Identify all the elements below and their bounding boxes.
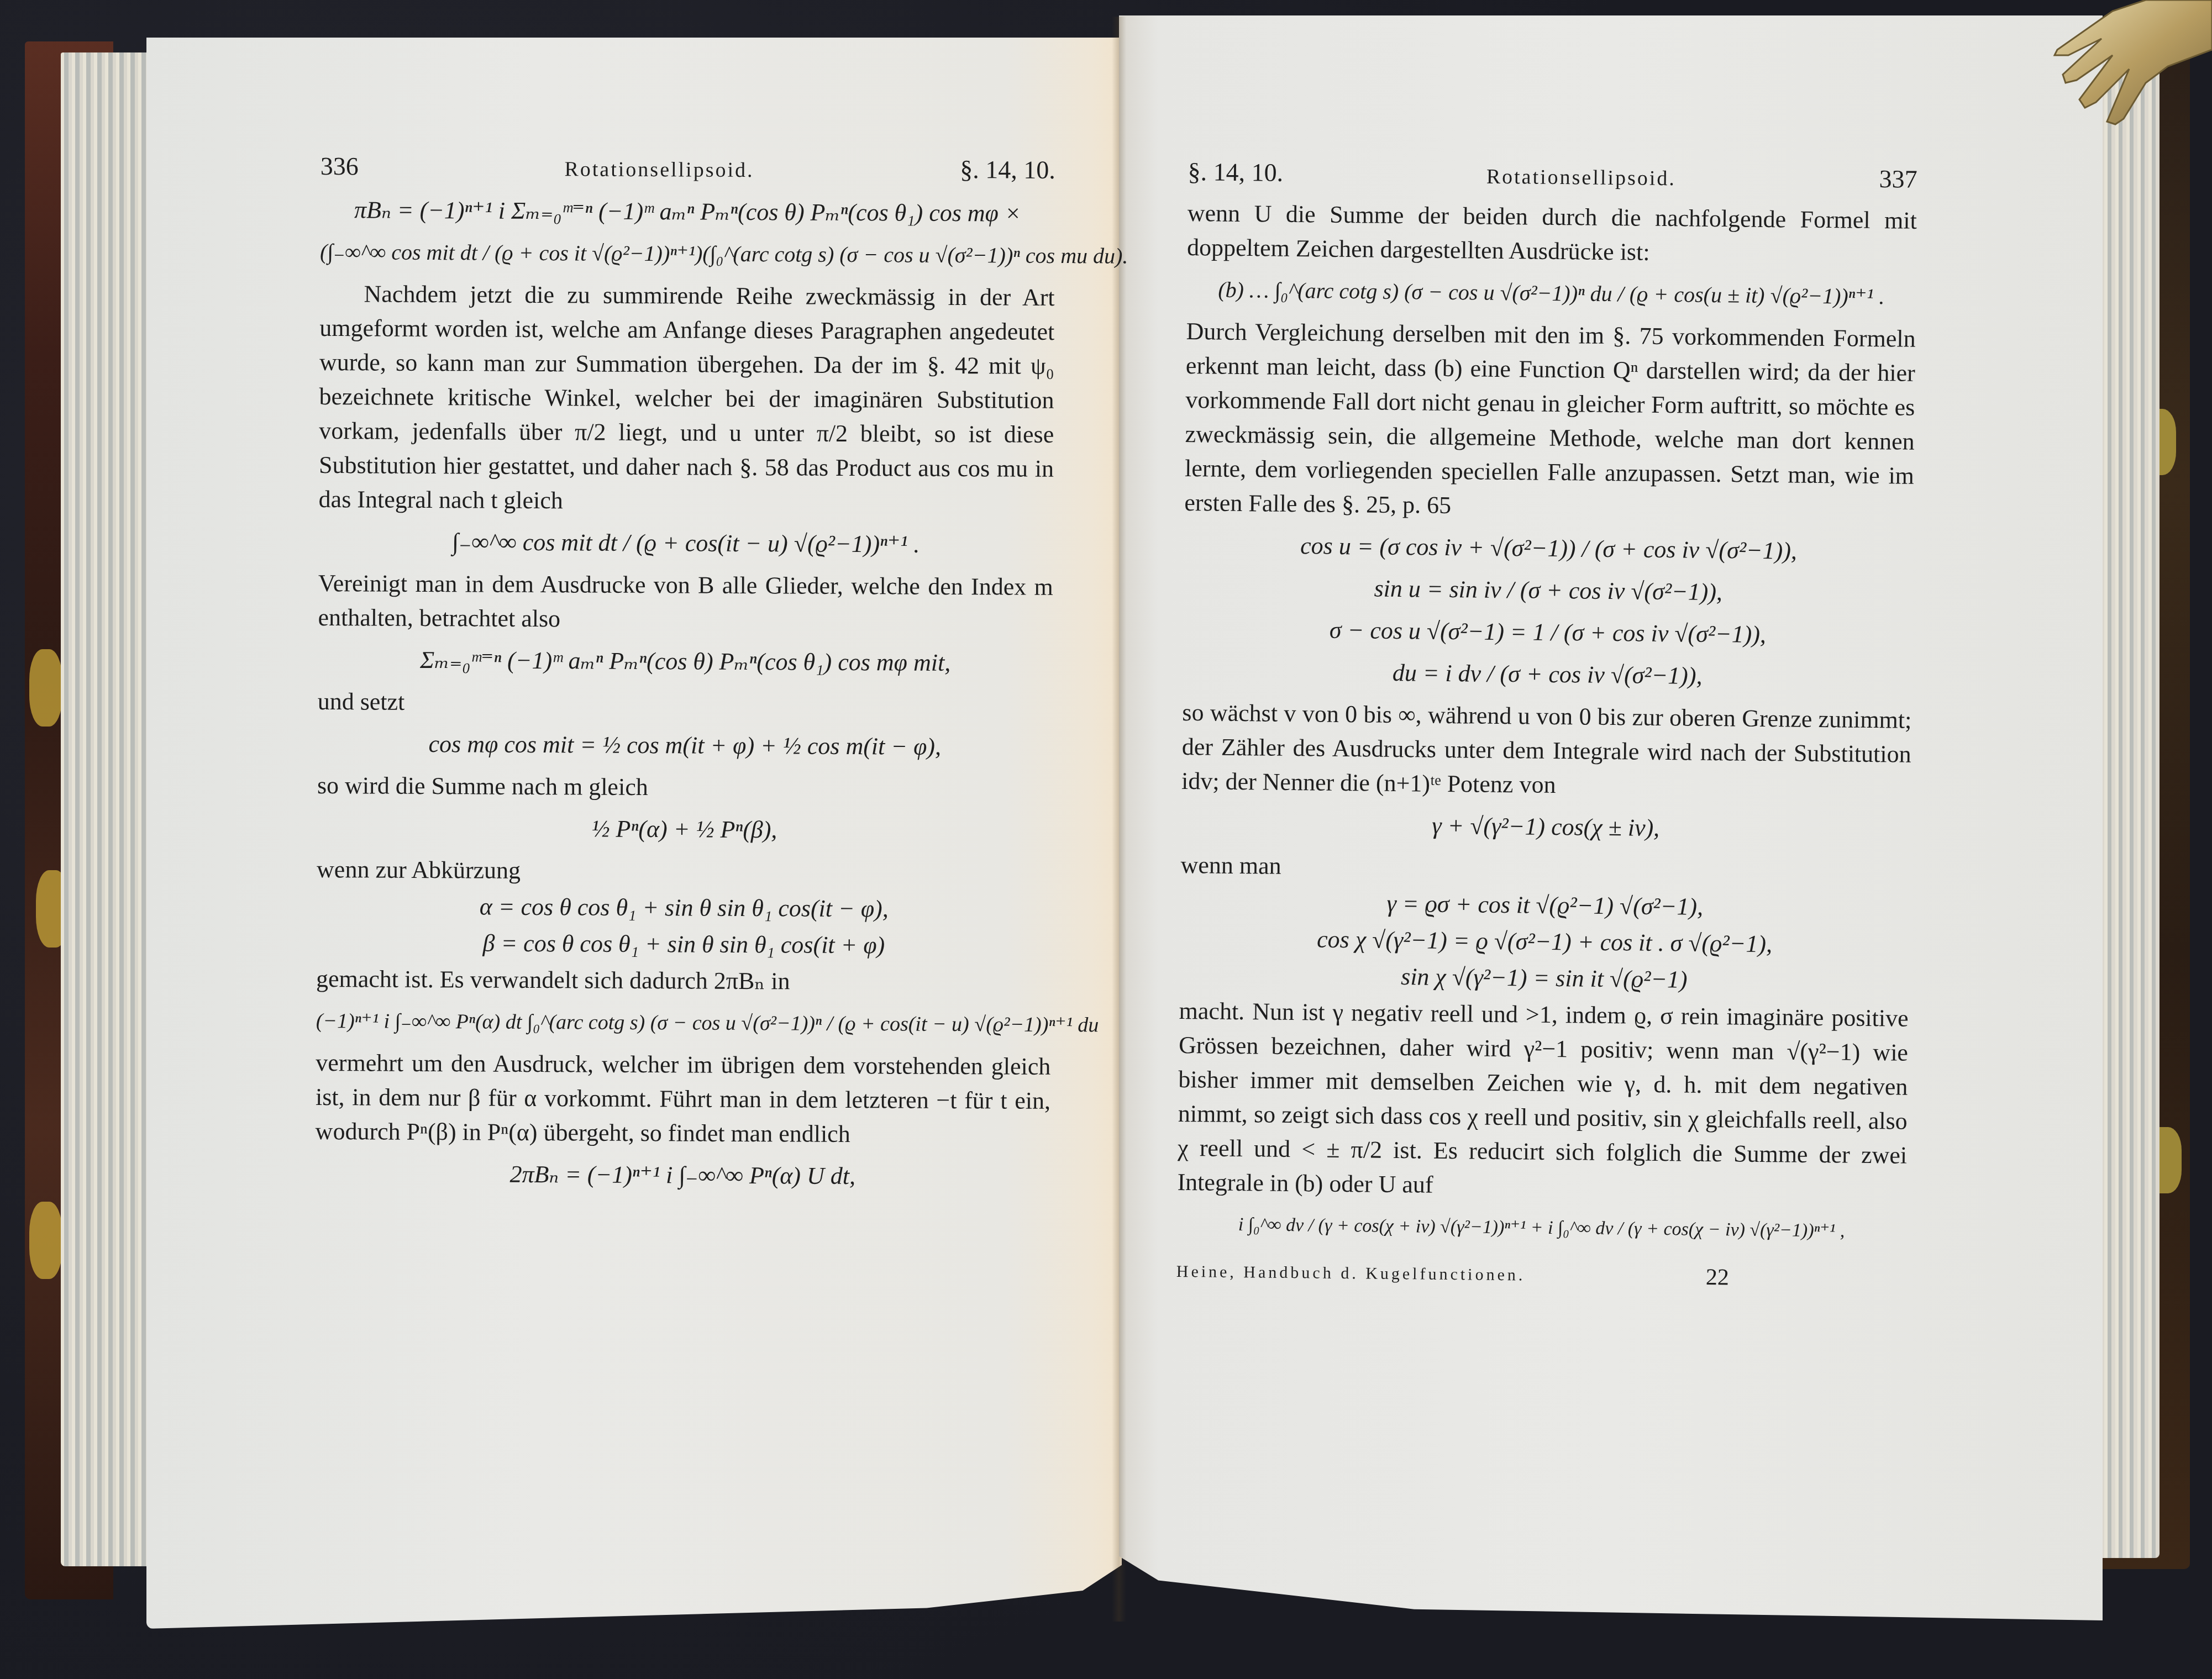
equation: sin u = sin iv / (σ + cos iv √(σ²−1)),: [1183, 570, 1913, 612]
left-page-text: 336 Rotationsellipsoid. §. 14, 10. πBₙ =…: [315, 149, 1055, 1202]
equation: cos u = (σ cos iv + √(σ²−1)) / (σ + cos …: [1184, 528, 1914, 570]
right-running-header: §. 14, 10. Rotationsellipsoid. 337: [1188, 155, 1917, 198]
running-title: Rotationsellipsoid.: [1486, 160, 1677, 196]
paragraph: und setzt: [318, 685, 1053, 723]
tortoiseshell-pattern: [29, 1202, 62, 1279]
paragraph: so wächst v von 0 bis ∞, während u von 0…: [1181, 696, 1912, 806]
paragraph: gemacht ist. Es verwandelt sich dadurch …: [316, 962, 1051, 1000]
page-number: 336: [320, 149, 359, 183]
equation: γ = ϱσ + cos it √(ϱ²−1) √(σ²−1),: [1180, 885, 1910, 927]
equation: cos χ √(γ²−1) = ϱ √(σ²−1) + cos it . σ √…: [1180, 921, 1910, 963]
equation: γ + √(γ²−1) cos(χ ± iv),: [1181, 806, 1911, 848]
section-number: §. 14, 10.: [1188, 155, 1283, 190]
tortoiseshell-pattern: [29, 649, 62, 727]
paragraph: wenn zur Abkürzung: [317, 852, 1052, 891]
paragraph: so wird die Summe nach m gleich: [317, 769, 1052, 807]
equation: sin χ √(γ²−1) = sin it √(ϱ²−1): [1179, 957, 1909, 999]
equation: (∫₋∞^∞ cos mit dt / (ϱ + cos it √(ϱ²−1))…: [320, 235, 1055, 273]
page-footer: Heine, Handbuch d. Kugelfunctionen. 22: [1176, 1255, 1730, 1294]
equation: β = cos θ cos θ₁ + sin θ sin θ₁ cos(it +…: [316, 925, 1051, 964]
paragraph: macht. Nun ist γ negativ reell und >1, i…: [1177, 994, 1909, 1207]
gold-hand-page-holder-icon: [2035, 0, 2212, 127]
equation: 2πBₙ = (−1)ⁿ⁺¹ i ∫₋∞^∞ Pⁿ(α) U dt,: [315, 1156, 1050, 1194]
paragraph: vermehrt um den Ausdruck, welcher im übr…: [316, 1046, 1051, 1152]
running-title: Rotationsellipsoid.: [564, 152, 754, 187]
left-running-header: 336 Rotationsellipsoid. §. 14, 10.: [320, 149, 1055, 189]
section-number: §. 14, 10.: [960, 152, 1055, 187]
sheet-number: 22: [1705, 1260, 1729, 1294]
equation: i ∫₀^∞ dv / (γ + cos(χ + iv) √(γ²−1))ⁿ⁺¹…: [1176, 1207, 1906, 1249]
equation: ∫₋∞^∞ cos mit dt / (ϱ + cos(it − u) √(ϱ²…: [318, 524, 1053, 562]
signature-line: Heine, Handbuch d. Kugelfunctionen.: [1176, 1255, 1526, 1293]
equation: (b) … ∫₀^(arc cotg s) (σ − cos u √(σ²−1)…: [1186, 272, 1916, 314]
equation: σ − cos u √(σ²−1) = 1 / (σ + cos iv √(σ²…: [1183, 612, 1913, 654]
equation: πBₙ = (−1)ⁿ⁺¹ i Σₘ₌₀ᵐ⁼ⁿ (−1)ᵐ aₘⁿ Pₘⁿ(co…: [320, 193, 1055, 231]
paragraph: Nachdem jetzt die zu summirende Reihe zw…: [319, 277, 1055, 520]
equation: (−1)ⁿ⁺¹ i ∫₋∞^∞ Pⁿ(α) dt ∫₀^(arc cotg s)…: [316, 1004, 1051, 1042]
equation: du = i dv / (σ + cos iv √(σ²−1)),: [1183, 654, 1912, 696]
equation: Σₘ₌₀ᵐ⁼ⁿ (−1)ᵐ aₘⁿ Pₘⁿ(cos θ) Pₘⁿ(cos θ₁)…: [318, 643, 1053, 681]
right-page-text: §. 14, 10. Rotationsellipsoid. 337 wenn …: [1176, 155, 1917, 1297]
paragraph: wenn U die Summe der beiden durch die na…: [1187, 196, 1917, 272]
page-edges-left: [61, 52, 149, 1566]
equation: cos mφ cos mit = ½ cos m(it + φ) + ½ cos…: [317, 727, 1052, 765]
equation: ½ Pⁿ(α) + ½ Pⁿ(β),: [317, 810, 1052, 849]
equation: α = cos θ cos θ₁ + sin θ sin θ₁ cos(it −…: [317, 889, 1052, 927]
page-number: 337: [1879, 162, 1917, 197]
paragraph: Vereinigt man in dem Ausdrucke von B all…: [318, 566, 1053, 639]
paragraph: wenn man: [1180, 848, 1910, 890]
paragraph: Durch Vergleichung derselben mit den im …: [1184, 314, 1916, 528]
